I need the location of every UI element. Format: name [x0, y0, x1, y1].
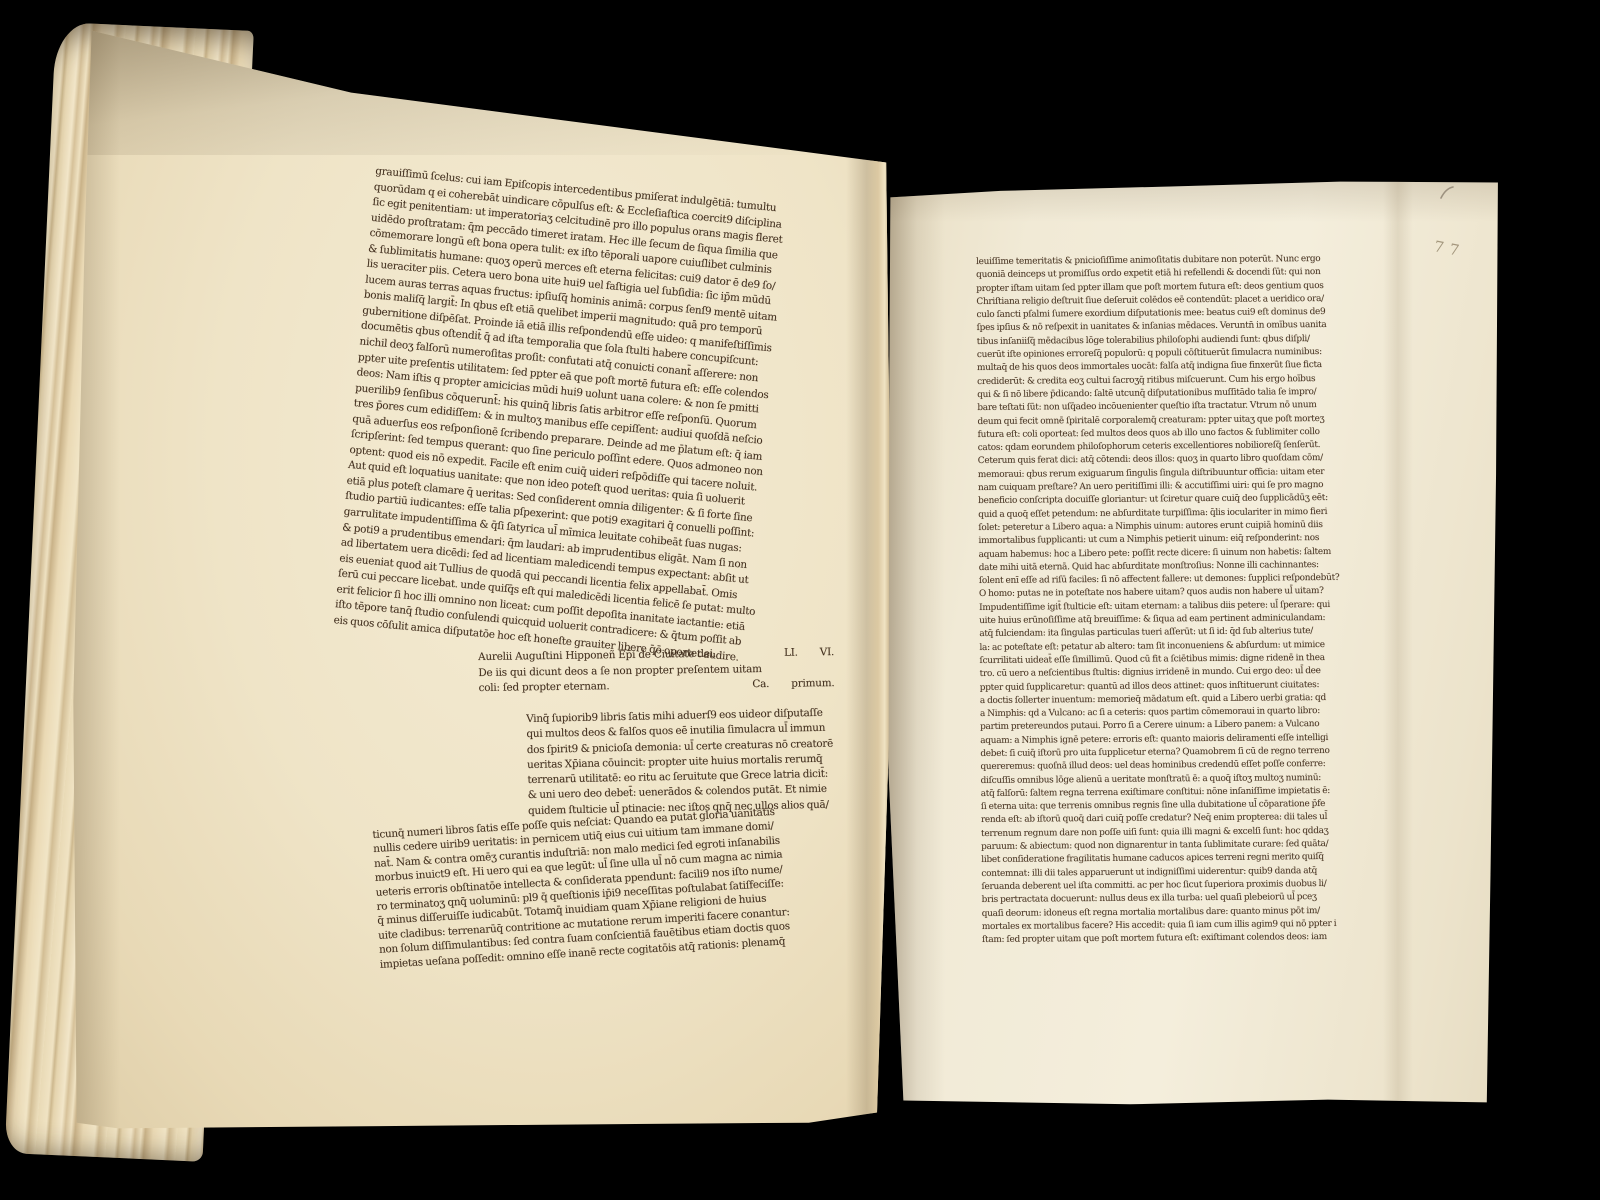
left-text-block: grauiſſimū ſcelus: cui iam Epiſcopis int…: [333, 164, 793, 667]
chapter-heading: Aurelii Auguſtini Hipponeñ Ep̄i de Ciuit…: [478, 645, 835, 696]
heading-subtitle-2: coli: ſed propter eternam.: [478, 679, 609, 696]
heading-chapter-numeral: primum.: [791, 676, 834, 692]
photo-canvas: grauiſſimū ſcelus: cui iam Epiſcopis int…: [0, 0, 1600, 1200]
chapter-opening-full-block: ticunq̄ numeri libros ſatis eſſe poſſe q…: [372, 804, 792, 971]
heading-spacer: [716, 646, 784, 662]
right-text-block: leuiſſime temeritatis & pnicioſiſſime an…: [976, 253, 1343, 948]
left-page-curled-gutter-edge: [846, 115, 892, 1152]
heading-spacer: [609, 677, 752, 694]
heading-chapter-label: Ca.: [752, 677, 769, 693]
right-page-crease: [1383, 176, 1413, 1108]
heading-book-label: LI.: [784, 646, 798, 662]
chapter-opening-indented-block: Vinq̄ ſupiorib9 libris ſatis mihi aduerſ…: [526, 706, 834, 819]
right-page-gutter-shadow: [883, 176, 945, 1108]
pencil-checkmark: [1438, 184, 1456, 202]
heading-book-numeral: VI.: [820, 645, 835, 661]
